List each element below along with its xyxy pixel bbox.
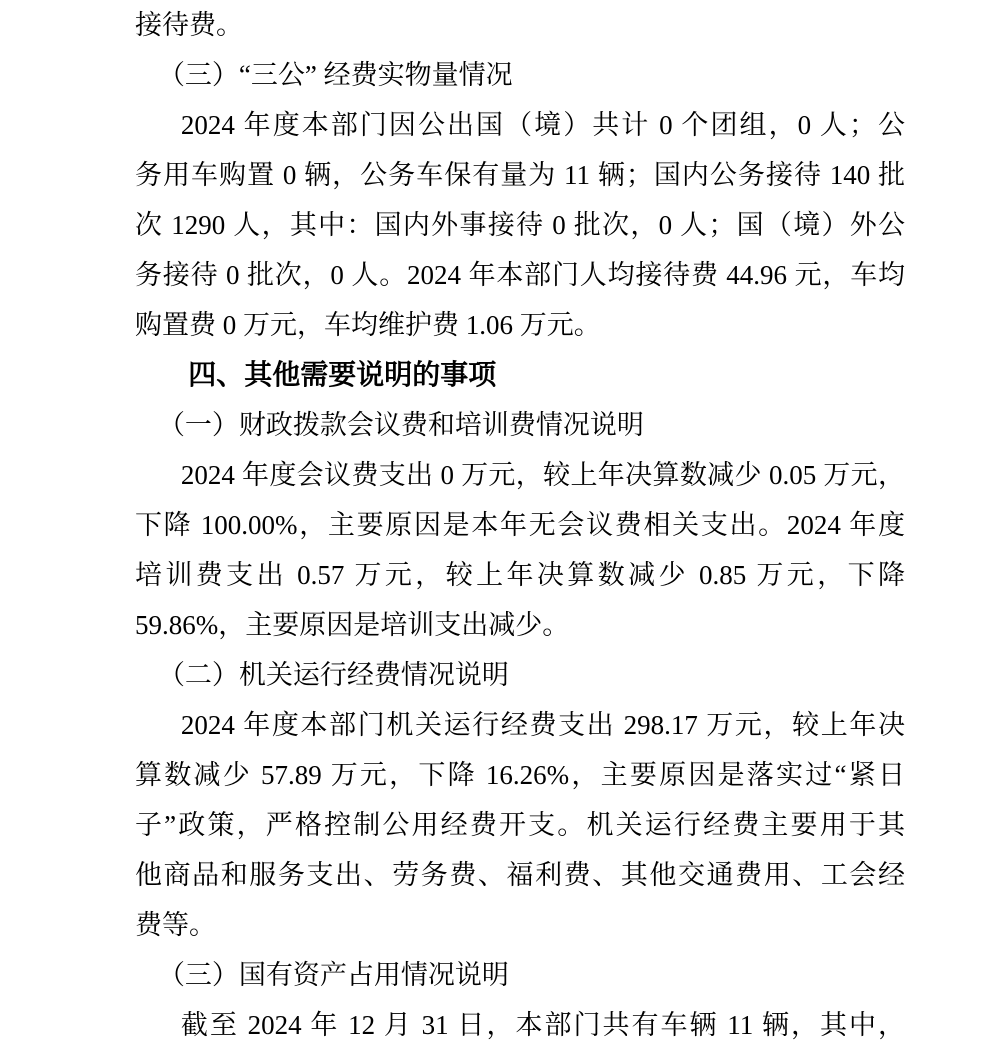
paragraph-line: 务用车购置 0 辆，公务车保有量为 11 辆；国内公务接待 140 批 <box>135 150 905 200</box>
paragraph-line: 下降 100.00%，主要原因是本年无会议费相关支出。2024 年度 <box>135 500 905 550</box>
paragraph-line: 2024 年度会议费支出 0 万元，较上年决算数减少 0.05 万元， <box>135 450 905 500</box>
paragraph-line: 培训费支出 0.57 万元，较上年决算数减少 0.85 万元，下降 <box>135 550 905 600</box>
subsection-heading: （二）机关运行经费情况说明 <box>135 650 905 700</box>
subsection-heading: （三）国有资产占用情况说明 <box>135 950 905 1000</box>
paragraph-line: 2024 年度本部门因公出国（境）共计 0 个团组，0 人；公 <box>135 100 905 150</box>
paragraph-line: 费等。 <box>135 900 905 950</box>
paragraph-line: 他商品和服务支出、劳务费、福利费、其他交通费用、工会经 <box>135 850 905 900</box>
document-text-block: 接待费。 （三）“三公” 经费实物量情况 2024 年度本部门因公出国（境）共计… <box>135 0 905 1043</box>
paragraph-line: 务接待 0 批次，0 人。2024 年本部门人均接待费 44.96 元，车均 <box>135 250 905 300</box>
subsection-heading: （一）财政拨款会议费和培训费情况说明 <box>135 400 905 450</box>
document-page: 接待费。 （三）“三公” 经费实物量情况 2024 年度本部门因公出国（境）共计… <box>0 0 1000 1043</box>
section-heading: 四、其他需要说明的事项 <box>135 350 905 400</box>
paragraph-line: 截至 2024 年 12 月 31 日，本部门共有车辆 11 辆，其中， <box>135 1000 905 1043</box>
paragraph-line: 2024 年度本部门机关运行经费支出 298.17 万元，较上年决 <box>135 700 905 750</box>
subsection-heading: （三）“三公” 经费实物量情况 <box>135 50 905 100</box>
paragraph-line: 次 1290 人，其中：国内外事接待 0 批次，0 人；国（境）外公 <box>135 200 905 250</box>
paragraph-line: 子”政策，严格控制公用经费开支。机关运行经费主要用于其 <box>135 800 905 850</box>
paragraph-line: 购置费 0 万元，车均维护费 1.06 万元。 <box>135 300 905 350</box>
paragraph-line: 接待费。 <box>135 0 905 50</box>
paragraph-line: 算数减少 57.89 万元，下降 16.26%，主要原因是落实过“紧日 <box>135 750 905 800</box>
paragraph-line: 59.86%，主要原因是培训支出减少。 <box>135 600 905 650</box>
